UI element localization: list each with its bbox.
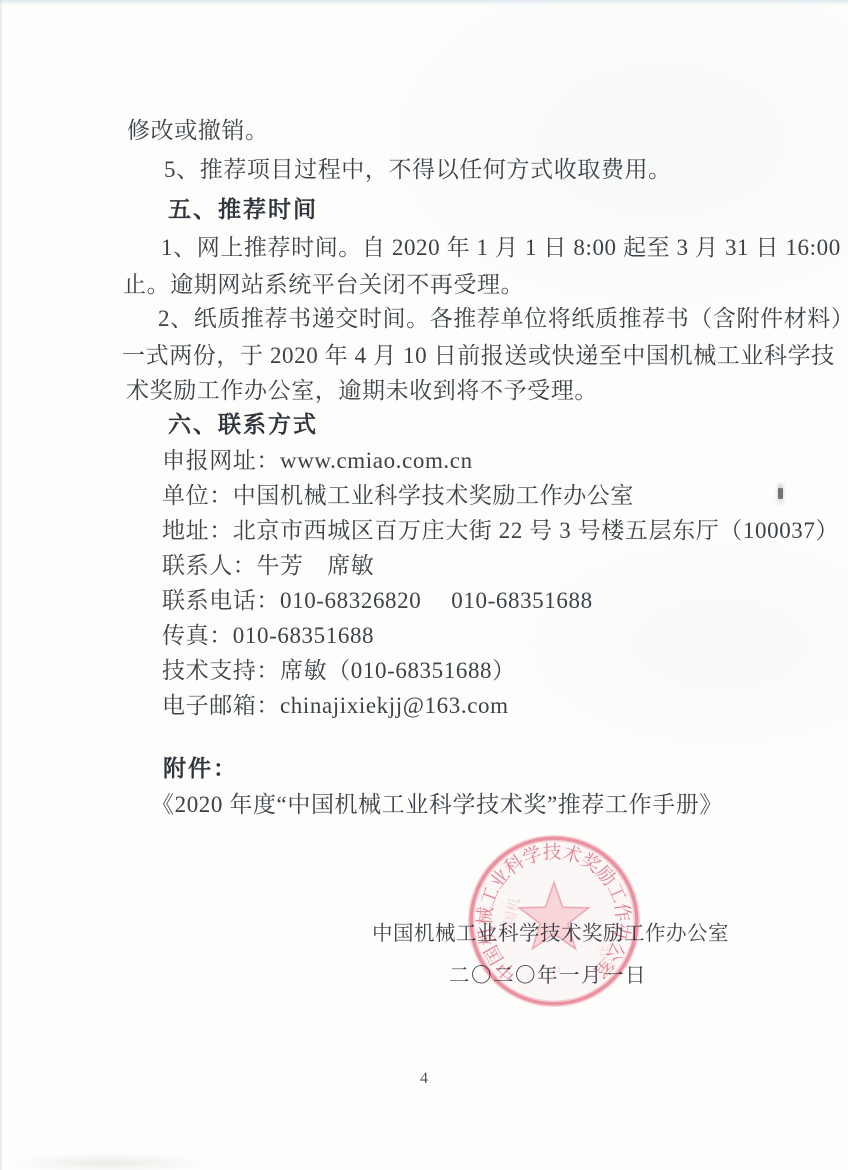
contact-line-phone: 联系电话：010-68326820 010-68351688 [162, 582, 593, 615]
paragraph-line: 5、推荐项目过程中，不得以任何方式收取费用。 [164, 151, 672, 184]
contact-line-website: 申报网址：www.cmiao.com.cn [162, 442, 473, 475]
contact-line-person: 联系人：牛芳 席敏 [162, 547, 374, 580]
scan-smudge [0, 1150, 240, 1170]
official-red-seal: 中国机械工业科学技术奖励工作办公室 中国机 办公 中 [462, 829, 646, 1013]
paragraph-line: 修改或撤销。 [127, 112, 269, 145]
paragraph-line: 2、纸质推荐书递交时间。各推荐单位将纸质推荐书（含附件材料） [158, 300, 848, 333]
contact-line-email: 电子邮箱：chinajixiekjj@163.com [162, 687, 509, 720]
paragraph-line: 一式两份，于 2020 年 4 月 10 日前报送或快递至中国机械工业科学技 [122, 337, 835, 370]
page-number: 4 [404, 1070, 444, 1088]
paragraph-line: 止。逾期网站系统平台关闭不再受理。 [123, 266, 524, 299]
contact-line-support: 技术支持：席敏（010-68351688） [162, 652, 516, 685]
contact-line-address: 地址：北京市西城区百万庄大街 22 号 3 号楼五层东厅（100037） [162, 512, 839, 545]
paragraph-line: 术奖励工作办公室，逾期未收到将不予受理。 [126, 372, 598, 405]
scan-edge-top [0, 0, 848, 5]
attachment-heading: 附件： [163, 750, 238, 783]
contact-line-fax: 传真：010-68351688 [162, 617, 374, 650]
attachment-title: 《2020 年度“中国机械工业科学技术奖”推荐工作手册》 [151, 786, 723, 819]
scan-speck-artifact [778, 488, 783, 499]
section-heading: 五、推荐时间 [168, 191, 318, 224]
scan-edge-left [0, 0, 3, 1170]
seal-ghost-text-bottom: 中 [547, 962, 562, 979]
contact-line-unit: 单位：中国机械工业科学技术奖励工作办公室 [162, 477, 634, 510]
paragraph-line: 1、网上推荐时间。自 2020 年 1 月 1 日 8:00 起至 3 月 31… [161, 229, 841, 262]
scanned-document-page: 修改或撤销。 5、推荐项目过程中，不得以任何方式收取费用。 五、推荐时间 1、网… [0, 0, 848, 1170]
section-heading: 六、联系方式 [168, 406, 318, 439]
